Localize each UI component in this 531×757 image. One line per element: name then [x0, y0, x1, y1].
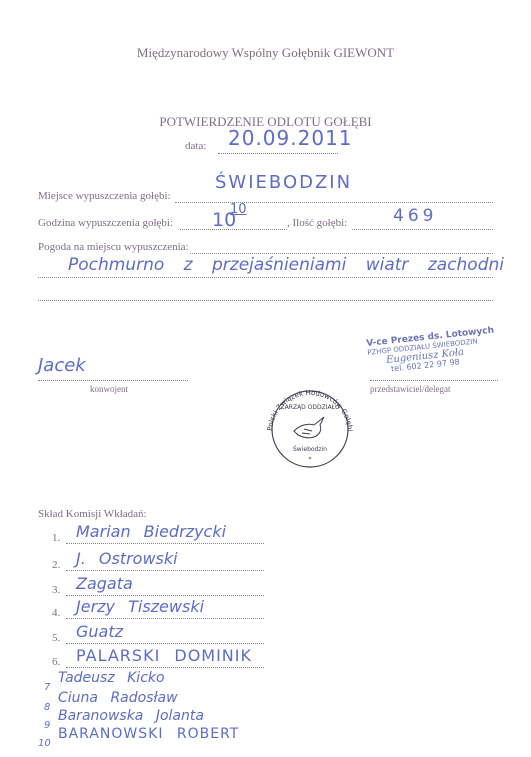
- pigeon-count-value: 469: [393, 206, 437, 226]
- weather-value: Pochmurno z przejaśnieniami wiatr zachod…: [68, 255, 504, 275]
- date-value: 20.09.2011: [228, 126, 353, 150]
- weather-dotted-line-3: [38, 300, 493, 301]
- commission-member-name: BARANOWSKI ROBERT: [58, 726, 239, 742]
- commission-member-name: Jerzy Tiszewski: [76, 597, 204, 616]
- dove-icon: [294, 417, 324, 438]
- commission-member-dotted-line: [66, 618, 264, 619]
- date-dotted-line: [218, 153, 338, 154]
- commission-member-name: Zagata: [76, 574, 133, 593]
- svg-text:ZARZĄD ODDZIAŁU: ZARZĄD ODDZIAŁU: [281, 404, 340, 411]
- commission-member-dotted-line: [66, 543, 264, 544]
- release-place-dotted-line: [175, 202, 493, 203]
- commission-member-number: 7: [44, 682, 50, 693]
- commission-member-dotted-line: [66, 667, 264, 668]
- round-stamp: Polski Związek Hodowców Gołębi Pocztowyc…: [258, 385, 362, 469]
- commission-member-number: 10: [38, 738, 51, 749]
- commission-member-name: J. Ostrowski: [76, 549, 178, 568]
- pigeon-count-dotted-line: [352, 229, 493, 230]
- commission-member-dotted-line: [66, 595, 264, 596]
- weather-dotted-line-2: [38, 277, 493, 278]
- weather-dotted-line-1: [190, 253, 493, 254]
- commission-member-number: 4.: [52, 607, 60, 619]
- commission-member-name: Tadeusz Kicko: [58, 670, 165, 686]
- delegate-stamp: V-ce Prezes ds. Lotowych PZHGP ODDZIAŁU …: [366, 327, 497, 376]
- commission-member-number: 5.: [52, 632, 60, 644]
- delegate-label: przedstawiciel/delegat: [370, 384, 450, 394]
- organization-title: Międzynarodowy Wspólny Gołębnik GIEWONT: [0, 45, 531, 61]
- commission-member-number: 9: [44, 720, 50, 731]
- commission-member-number: 2.: [52, 559, 60, 571]
- commission-member-name: Ciuna Radosław: [58, 690, 178, 706]
- convoy-label: konwojent: [90, 384, 128, 394]
- commission-member-name: PALARSKI DOMINIK: [76, 646, 252, 665]
- delegate-dotted-line: [370, 380, 498, 381]
- convoy-signature: Jacek: [38, 355, 86, 376]
- commission-member-dotted-line: [66, 570, 264, 571]
- commission-member-number: 1.: [52, 532, 60, 544]
- commission-member-number: 6.: [52, 656, 60, 668]
- commission-member-number: 3.: [52, 584, 60, 596]
- release-place-value: ŚWIEBODZIN: [215, 172, 352, 193]
- release-time-label: Godzina wypuszczenia gołębi:: [38, 217, 173, 229]
- commission-member-dotted-line: [66, 643, 264, 644]
- svg-text:Świebodzin: Świebodzin: [293, 446, 327, 453]
- date-label: data:: [185, 140, 206, 152]
- release-place-label: Miejsce wypuszczenia gołębi:: [38, 190, 171, 202]
- weather-label: Pogoda na miejscu wypuszczenia:: [38, 241, 189, 253]
- pigeon-count-label: , Ilość gołębi:: [287, 217, 347, 229]
- commission-member-name: Baranowska Jolanta: [58, 708, 204, 724]
- convoy-dotted-line: [38, 380, 188, 381]
- commission-member-name: Marian Biedrzycki: [76, 522, 226, 541]
- commission-label: Skład Komisji Wkładań:: [38, 508, 147, 520]
- commission-member-name: Guatz: [76, 622, 123, 641]
- release-time-minute: 10: [230, 202, 247, 217]
- svg-text:*: *: [309, 456, 312, 463]
- commission-member-number: 8: [44, 702, 50, 713]
